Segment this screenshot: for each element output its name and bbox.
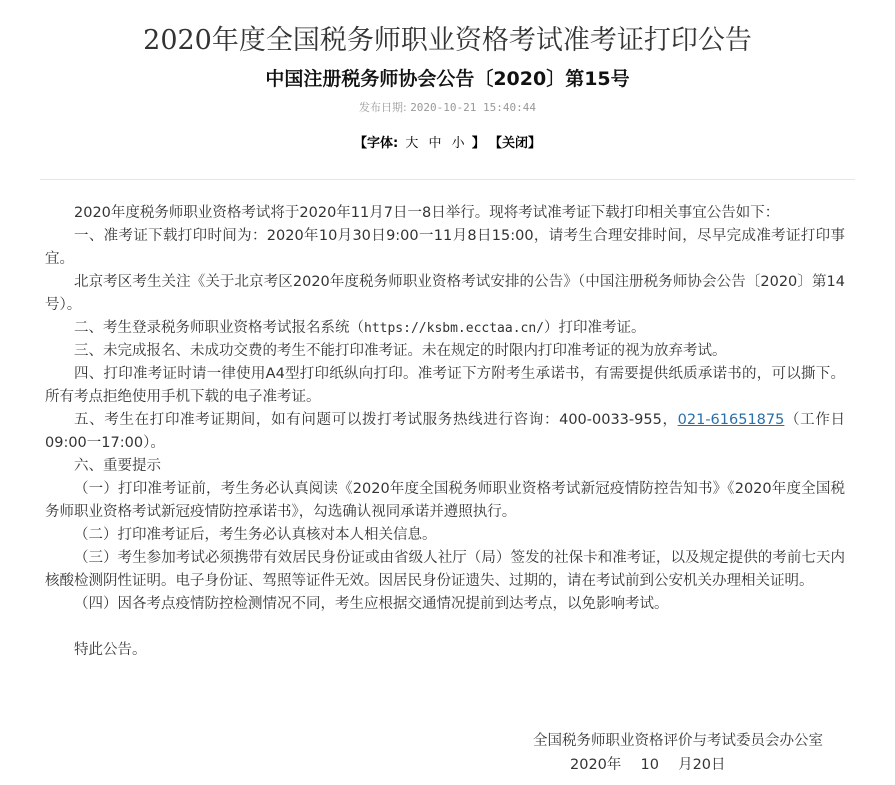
font-size-large-button[interactable]: 大 <box>405 136 418 151</box>
paragraph-2: 二、考生登录税务师职业资格考试报名系统（https://ksbm.ecctaa.… <box>45 317 845 340</box>
paragraph-beijing: 北京考区考生关注《关于北京考区2020年度税务师职业资格考试安排的公告》（中国注… <box>45 271 845 317</box>
close-button[interactable]: 【关闭】 <box>489 136 541 151</box>
publish-date-label: 发布日期: <box>359 101 407 114</box>
announcement-number: 中国注册税务师协会公告〔2020〕第15号 <box>0 64 895 91</box>
font-size-toolbar: 【字体: 大 中 小 】 【关闭】 <box>0 132 895 151</box>
tip-4: （四）因各考点疫情防控检测情况不同，考生应根据交通情况提前到达考点，以免影响考试… <box>45 593 845 616</box>
publish-date: 发布日期: 2020-10-21 15:40:44 <box>0 99 895 115</box>
paragraph-2-post: ）打印准考证。 <box>544 320 646 336</box>
publish-date-value: 2020-10-21 15:40:44 <box>410 101 536 114</box>
tip-1: （一）打印准考证前，考生务必认真阅读《2020年度全国税务师职业资格考试新冠疫情… <box>45 478 845 524</box>
paragraph-1: 一、准考证下载打印时间为：2020年10月30日9:00一11月8日15:00，… <box>45 225 845 271</box>
font-size-label: 【字体: <box>354 136 398 151</box>
announcement-body: 2020年度税务师职业资格考试将于2020年11月7日一8日举行。现将考试准考证… <box>45 202 845 662</box>
registration-url: https://ksbm.ecctaa.cn/ <box>364 321 544 336</box>
page-title: 2020年度全国税务师职业资格考试准考证打印公告 <box>0 18 895 57</box>
issuer-signature: 全国税务师职业资格评价与考试委员会办公室 <box>533 729 823 750</box>
paragraph-5-pre: 五、考生在打印准考证期间，如有问题可以拨打考试服务热线进行咨询：400-0033… <box>74 412 678 428</box>
issue-date: 2020年 10 月20日 <box>570 753 726 774</box>
paragraph-intro: 2020年度税务师职业资格考试将于2020年11月7日一8日举行。现将考试准考证… <box>45 202 845 225</box>
font-size-medium-button[interactable]: 中 <box>429 136 442 151</box>
tip-2: （二）打印准考证后，考生务必认真核对本人相关信息。 <box>45 524 845 547</box>
hotline-phone-link[interactable]: 021-61651875 <box>678 412 785 428</box>
paragraph-3: 三、未完成报名、未成功交费的考生不能打印准考证。未在规定的时限内打印准考证的视为… <box>45 340 845 363</box>
paragraph-4: 四、打印准考证时请一律使用A4型打印纸纵向打印。准考证下方附考生承诺书，有需要提… <box>45 363 845 409</box>
bracket-close: 】 <box>472 136 485 151</box>
font-size-small-button[interactable]: 小 <box>452 136 465 151</box>
divider <box>40 179 855 180</box>
paragraph-6-heading: 六、重要提示 <box>45 455 845 478</box>
paragraph-5: 五、考生在打印准考证期间，如有问题可以拨打考试服务热线进行咨询：400-0033… <box>45 409 845 455</box>
closing-statement: 特此公告。 <box>45 639 845 662</box>
tip-3: （三）考生参加考试必须携带有效居民身份证或由省级人社厅（局）签发的社保卡和准考证… <box>45 547 845 593</box>
paragraph-2-pre: 二、考生登录税务师职业资格考试报名系统（ <box>74 320 364 336</box>
